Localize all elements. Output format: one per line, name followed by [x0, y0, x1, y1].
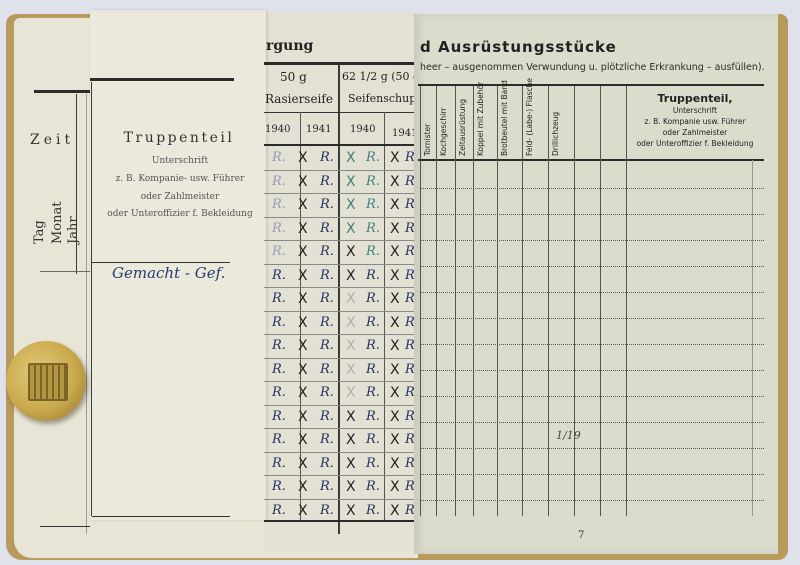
initials-mark: R. — [366, 503, 376, 518]
zeit-label: Zeit — [30, 132, 74, 148]
row-rule — [264, 311, 416, 312]
issued-mark: X — [390, 244, 400, 260]
item2-year1: 1940 — [350, 124, 375, 135]
item1-year1: 1940 — [265, 124, 290, 135]
issued-mark: X — [390, 174, 400, 190]
initials-mark: R. — [272, 479, 282, 494]
initials-mark: R. — [366, 479, 376, 494]
issued-mark: X — [298, 385, 308, 401]
row-rule — [264, 240, 416, 241]
initials-mark: R. — [366, 268, 376, 283]
column-rule — [600, 86, 601, 516]
issued-mark: X — [298, 432, 308, 448]
issued-mark: X — [390, 268, 400, 284]
issued-mark: X — [346, 197, 356, 213]
rule — [34, 90, 90, 93]
handwritten-margin-note: 1/19 — [556, 430, 566, 441]
issued-mark: X — [390, 221, 400, 237]
row-rule — [264, 193, 416, 194]
entry-line — [420, 318, 764, 319]
issued-mark: X — [390, 291, 400, 307]
rule — [384, 112, 385, 522]
issued-mark: X — [298, 221, 308, 237]
heading-fragment: rgung — [266, 38, 313, 54]
entry-line — [420, 370, 764, 371]
initials-mark: R. — [366, 150, 376, 165]
rule — [76, 94, 77, 274]
initials-mark: R. — [320, 174, 330, 189]
rule — [418, 159, 764, 161]
date-col-monat: Monat — [50, 202, 65, 245]
initials-mark: R. — [272, 432, 282, 447]
truppenteil-line4: oder Unteroffizier f. Bekleidung — [90, 209, 270, 219]
column-header-feld-labe-flasche: Feld- (Labe-) Flasche — [525, 86, 534, 156]
issued-mark: X — [298, 244, 308, 260]
row-rule — [264, 452, 416, 453]
issued-mark: X — [346, 362, 356, 378]
date-col-jahr: Jahr — [66, 216, 81, 244]
coin — [6, 341, 86, 421]
initials-mark: R. — [272, 315, 282, 330]
initials-mark: R. — [320, 197, 330, 212]
initials-mark: R. — [320, 432, 330, 447]
initials-mark: R. — [366, 432, 376, 447]
right-truppenteil-line2: z. B. Kompanie usw. Führer — [628, 117, 762, 126]
issued-mark: X — [346, 315, 356, 331]
issued-mark: X — [298, 268, 308, 284]
initials-mark: R. — [366, 385, 376, 400]
issued-mark: X — [390, 479, 400, 495]
initials-mark: R. — [320, 385, 330, 400]
initials-mark: R. — [320, 221, 330, 236]
right-truppenteil-line3: oder Zahlmeister — [628, 128, 762, 137]
issued-mark: X — [298, 362, 308, 378]
issued-mark: X — [390, 197, 400, 213]
row-rule — [264, 264, 416, 265]
issued-mark: X — [298, 291, 308, 307]
column-header-kochgeschirr: Kochgeschirr — [439, 86, 448, 156]
issued-mark: X — [346, 432, 356, 448]
initials-mark: R. — [320, 315, 330, 330]
entry-line — [420, 474, 764, 475]
issued-mark: X — [298, 456, 308, 472]
issued-mark: X — [390, 409, 400, 425]
row-rule — [264, 287, 416, 288]
column-rule — [626, 86, 627, 516]
truppenteil-line3: oder Zahlmeister — [90, 192, 270, 202]
issued-mark: X — [298, 409, 308, 425]
issued-mark: X — [346, 456, 356, 472]
row-rule — [264, 334, 416, 335]
column-header-zeltausrüstung: Zeltausrüstung — [458, 86, 467, 156]
initials-mark: R. — [320, 291, 330, 306]
issued-mark: X — [298, 503, 308, 519]
column-rule — [420, 86, 421, 516]
issued-mark: X — [298, 338, 308, 354]
initials-mark: R. — [272, 197, 282, 212]
initials-mark: R. — [272, 362, 282, 377]
issued-mark: X — [390, 315, 400, 331]
right-truppenteil-line1: Unterschrift — [628, 106, 762, 115]
initials-mark: R. — [366, 338, 376, 353]
item1-name: Rasierseife — [265, 92, 333, 106]
initials-mark: R. — [320, 338, 330, 353]
issued-mark: X — [346, 244, 356, 260]
issued-mark: X — [390, 503, 400, 519]
initials-mark: R. — [366, 291, 376, 306]
entry-line — [420, 188, 764, 189]
issued-mark: X — [346, 479, 356, 495]
entry-line — [420, 214, 764, 215]
rule — [264, 520, 416, 522]
rule — [86, 94, 87, 534]
brandenburg-gate-icon — [28, 363, 68, 401]
initials-mark: R. — [320, 456, 330, 471]
item1-year2: 1941 — [306, 124, 331, 135]
rule — [264, 112, 416, 113]
rule — [40, 271, 90, 272]
item2-amount: 62 1/2 g (50 g — [342, 70, 420, 83]
row-rule — [264, 499, 416, 500]
initials-mark: R. — [366, 244, 376, 259]
initials-mark: R. — [320, 244, 330, 259]
column-rule — [548, 86, 549, 516]
initials-mark: R. — [272, 244, 282, 259]
column-rule — [522, 86, 523, 516]
row-rule — [264, 358, 416, 359]
page-number: 7 — [578, 530, 584, 541]
truppenteil-line1: Unterschrift — [90, 156, 270, 166]
rule — [418, 84, 764, 86]
initials-mark: R. — [320, 268, 330, 283]
column-rule — [497, 86, 498, 516]
rule — [264, 144, 416, 146]
issued-mark: X — [298, 150, 308, 166]
issued-mark: X — [298, 197, 308, 213]
issued-mark: X — [346, 409, 356, 425]
rule — [338, 64, 340, 534]
initials-mark: R. — [366, 315, 376, 330]
row-rule — [264, 170, 416, 171]
issued-mark: X — [346, 385, 356, 401]
rule — [92, 262, 230, 263]
column-header-tornister: Tornister — [423, 86, 432, 156]
issued-mark: X — [390, 456, 400, 472]
entry-line — [420, 240, 764, 241]
entry-line — [420, 344, 764, 345]
issued-mark: X — [346, 174, 356, 190]
initials-mark: R. — [272, 338, 282, 353]
issued-mark: X — [298, 479, 308, 495]
column-header-koppel-mit-zubehör: Koppel mit Zubehör — [476, 86, 485, 156]
column-rule — [473, 86, 474, 516]
entry-line — [420, 500, 764, 501]
rule — [264, 62, 416, 65]
initials-mark: R. — [272, 174, 282, 189]
row-rule — [264, 381, 416, 382]
initials-mark: R. — [272, 221, 282, 236]
issued-mark: X — [346, 268, 356, 284]
column-rule — [574, 86, 575, 516]
initials-mark: R. — [272, 503, 282, 518]
issued-mark: X — [346, 221, 356, 237]
initials-mark: R. — [366, 409, 376, 424]
right-truppenteil-line4: oder Unteroffizier f. Bekleidung — [628, 139, 762, 148]
initials-mark: R. — [272, 409, 282, 424]
initials-mark: R. — [366, 456, 376, 471]
entry-line — [420, 266, 764, 267]
issued-mark: X — [390, 362, 400, 378]
initials-mark: R. — [320, 150, 330, 165]
entry-line — [420, 292, 764, 293]
issued-mark: X — [390, 385, 400, 401]
issued-mark: X — [346, 503, 356, 519]
initials-mark: R. — [272, 385, 282, 400]
entry-line — [420, 396, 764, 397]
issued-mark: X — [346, 338, 356, 354]
right-truppenteil-title: Truppenteil, — [628, 92, 762, 105]
initials-mark: R. — [366, 362, 376, 377]
issued-mark: X — [390, 150, 400, 166]
item1-amount: 50 g — [280, 70, 307, 84]
initials-mark: R. — [272, 268, 282, 283]
initials-mark: R. — [272, 150, 282, 165]
row-rule — [264, 217, 416, 218]
column-header-brotbeutel-mit-band: Brotbeutel mit Band — [500, 86, 509, 156]
entry-line — [420, 448, 764, 449]
issued-mark: X — [298, 174, 308, 190]
initials-mark: R. — [272, 456, 282, 471]
rule — [90, 78, 234, 81]
issued-mark: X — [390, 338, 400, 354]
date-col-tag: Tag — [32, 220, 47, 244]
issued-mark: X — [346, 291, 356, 307]
issued-mark: X — [298, 315, 308, 331]
truppenteil-line2: z. B. Kompanie- usw. Führer — [90, 174, 270, 184]
initials-mark: R. — [320, 409, 330, 424]
rule — [91, 82, 92, 516]
initials-mark: R. — [320, 479, 330, 494]
column-rule — [455, 86, 456, 516]
row-rule — [264, 405, 416, 406]
issued-mark: X — [390, 432, 400, 448]
column-rule — [436, 86, 437, 516]
right-subheading: heer – ausgenommen Verwundung u. plötzli… — [420, 62, 765, 73]
initials-mark: R. — [366, 197, 376, 212]
row-rule — [264, 475, 416, 476]
column-header-drillichzeug: Drillichzeug — [551, 86, 560, 156]
right-heading: d Ausrüstungsstücke — [420, 38, 617, 56]
handwritten-entry: Gemacht - Gef. — [112, 264, 225, 282]
initials-mark: R. — [366, 221, 376, 236]
row-rule — [264, 428, 416, 429]
entry-line — [420, 422, 764, 423]
initials-mark: R. — [366, 174, 376, 189]
initials-mark: R. — [320, 503, 330, 518]
initials-mark: R. — [272, 291, 282, 306]
issued-mark: X — [346, 150, 356, 166]
initials-mark: R. — [320, 362, 330, 377]
rule — [40, 526, 90, 527]
truppenteil-title: Truppenteil — [92, 130, 266, 146]
rule — [92, 516, 230, 517]
